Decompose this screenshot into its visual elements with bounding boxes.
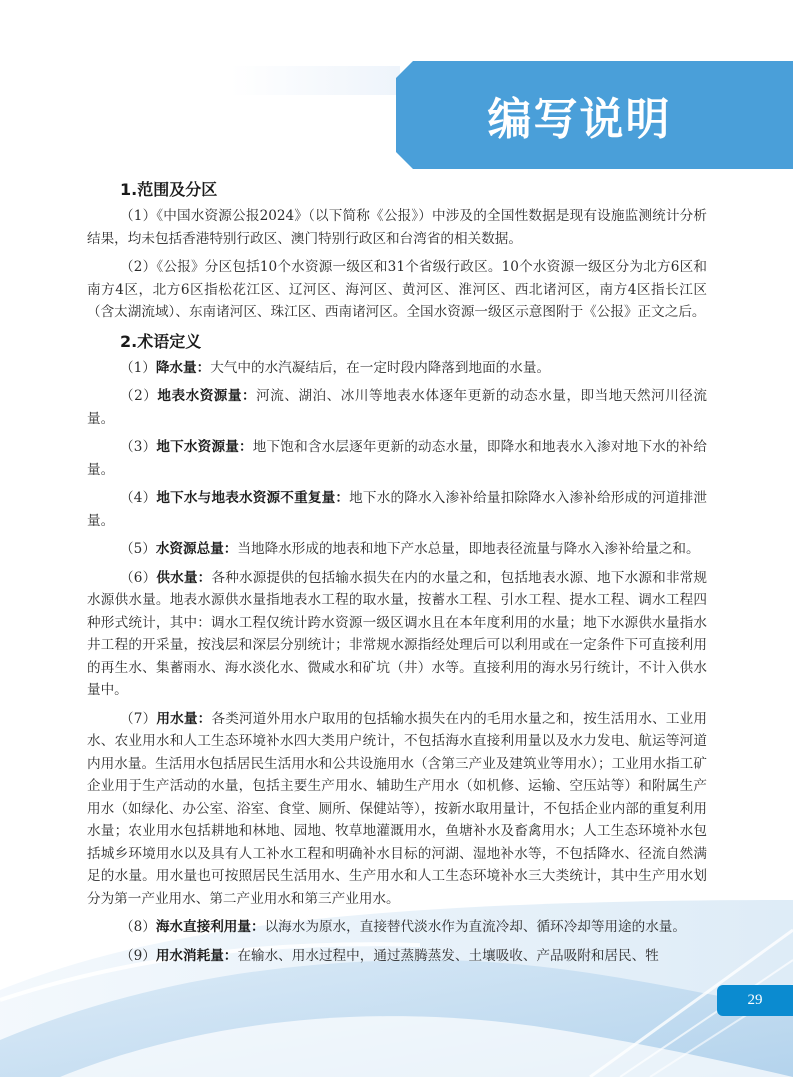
- item-number: （1）: [120, 360, 156, 376]
- term-label: 海水直接利用量：: [156, 919, 265, 935]
- term-label: 降水量：: [156, 360, 210, 376]
- term-label: 供水量：: [156, 570, 211, 586]
- definition-water-supply: （6）供水量：各种水源提供的包括输水损失在内的水量之和，包括地表水源、地下水源和…: [87, 567, 707, 702]
- definition-consumption: （9）用水消耗量：在输水、用水过程中，通过蒸腾蒸发、土壤吸收、产品吸附和居民、牲: [87, 945, 707, 968]
- item-text: 在输水、用水过程中，通过蒸腾蒸发、土壤吸收、产品吸附和居民、牲: [237, 948, 658, 964]
- definition-groundwater: （3）地下水资源量：地下饱和含水层逐年更新的动态水量，即降水和地表水入渗对地下水…: [87, 436, 707, 481]
- paragraph: （2）《公报》分区包括10个水资源一级区和31个省级行政区。10个水资源一级区分…: [87, 256, 707, 324]
- term-label: 用水量：: [156, 711, 211, 727]
- term-label: 地表水资源量：: [157, 388, 256, 404]
- term-label: 水资源总量：: [156, 541, 238, 557]
- document-body: 1.范围及分区 （1）《中国水资源公报2024》（以下简称《公报》）中涉及的全国…: [87, 178, 707, 973]
- term-label: 地下水与地表水资源不重复量：: [156, 490, 349, 506]
- header-fade-band: [230, 66, 400, 95]
- item-text: 大气中的水汽凝结后，在一定时段内降落到地面的水量。: [210, 360, 550, 376]
- item-number: （7）: [120, 711, 156, 727]
- item-text: 以海水为原水，直接替代淡水作为直流冷却、循环冷却等用途的水量。: [265, 919, 686, 935]
- section-heading-definitions: 2.术语定义: [120, 330, 707, 354]
- item-text: 各种水源提供的包括输水损失在内的水量之和，包括地表水源、地下水源和非常规水源供水…: [87, 570, 707, 699]
- definition-total-water: （5）水资源总量：当地降水形成的地表和地下产水总量，即地表径流量与降水入渗补给量…: [87, 538, 707, 561]
- item-number: （1）: [120, 208, 156, 224]
- section-heading-scope: 1.范围及分区: [120, 178, 707, 202]
- term-label: 用水消耗量：: [156, 948, 238, 964]
- item-number: （2）: [120, 388, 157, 404]
- definition-seawater-use: （8）海水直接利用量：以海水为原水，直接替代淡水作为直流冷却、循环冷却等用途的水…: [87, 916, 707, 939]
- item-number: （5）: [120, 541, 156, 557]
- term-label: 地下水资源量：: [156, 439, 252, 455]
- item-number: （9）: [120, 948, 156, 964]
- page-number: 29: [717, 985, 793, 1016]
- definition-precipitation: （1）降水量：大气中的水汽凝结后，在一定时段内降落到地面的水量。: [87, 357, 707, 380]
- item-text: 《中国水资源公报2024》（以下简称《公报》）中涉及的全国性数据是现有设施监测统…: [87, 208, 707, 247]
- item-text: 《公报》分区包括10个水资源一级区和31个省级行政区。10个水资源一级区分为北方…: [87, 259, 707, 320]
- item-number: （6）: [120, 570, 156, 586]
- item-number: （3）: [120, 439, 156, 455]
- item-number: （4）: [120, 490, 156, 506]
- item-text: 各类河道外用水户取用的包括输水损失在内的毛用水量之和，按生活用水、工业用水、农业…: [87, 711, 707, 907]
- title-banner: 编写说明: [396, 61, 793, 169]
- definition-surface-water: （2）地表水资源量：河流、湖泊、冰川等地表水体逐年更新的动态水量，即当地天然河川…: [87, 385, 707, 430]
- paragraph: （1）《中国水资源公报2024》（以下简称《公报》）中涉及的全国性数据是现有设施…: [87, 205, 707, 250]
- item-text: 当地降水形成的地表和地下产水总量，即地表径流量与降水入渗补给量之和。: [237, 541, 699, 557]
- item-number: （2）: [120, 259, 156, 275]
- definition-water-use: （7）用水量：各类河道外用水户取用的包括输水损失在内的毛用水量之和，按生活用水、…: [87, 708, 707, 911]
- page-title: 编写说明: [488, 83, 672, 147]
- definition-non-duplicate: （4）地下水与地表水资源不重复量：地下水的降水入渗补给量扣除降水入渗补给形成的河…: [87, 487, 707, 532]
- item-number: （8）: [120, 919, 156, 935]
